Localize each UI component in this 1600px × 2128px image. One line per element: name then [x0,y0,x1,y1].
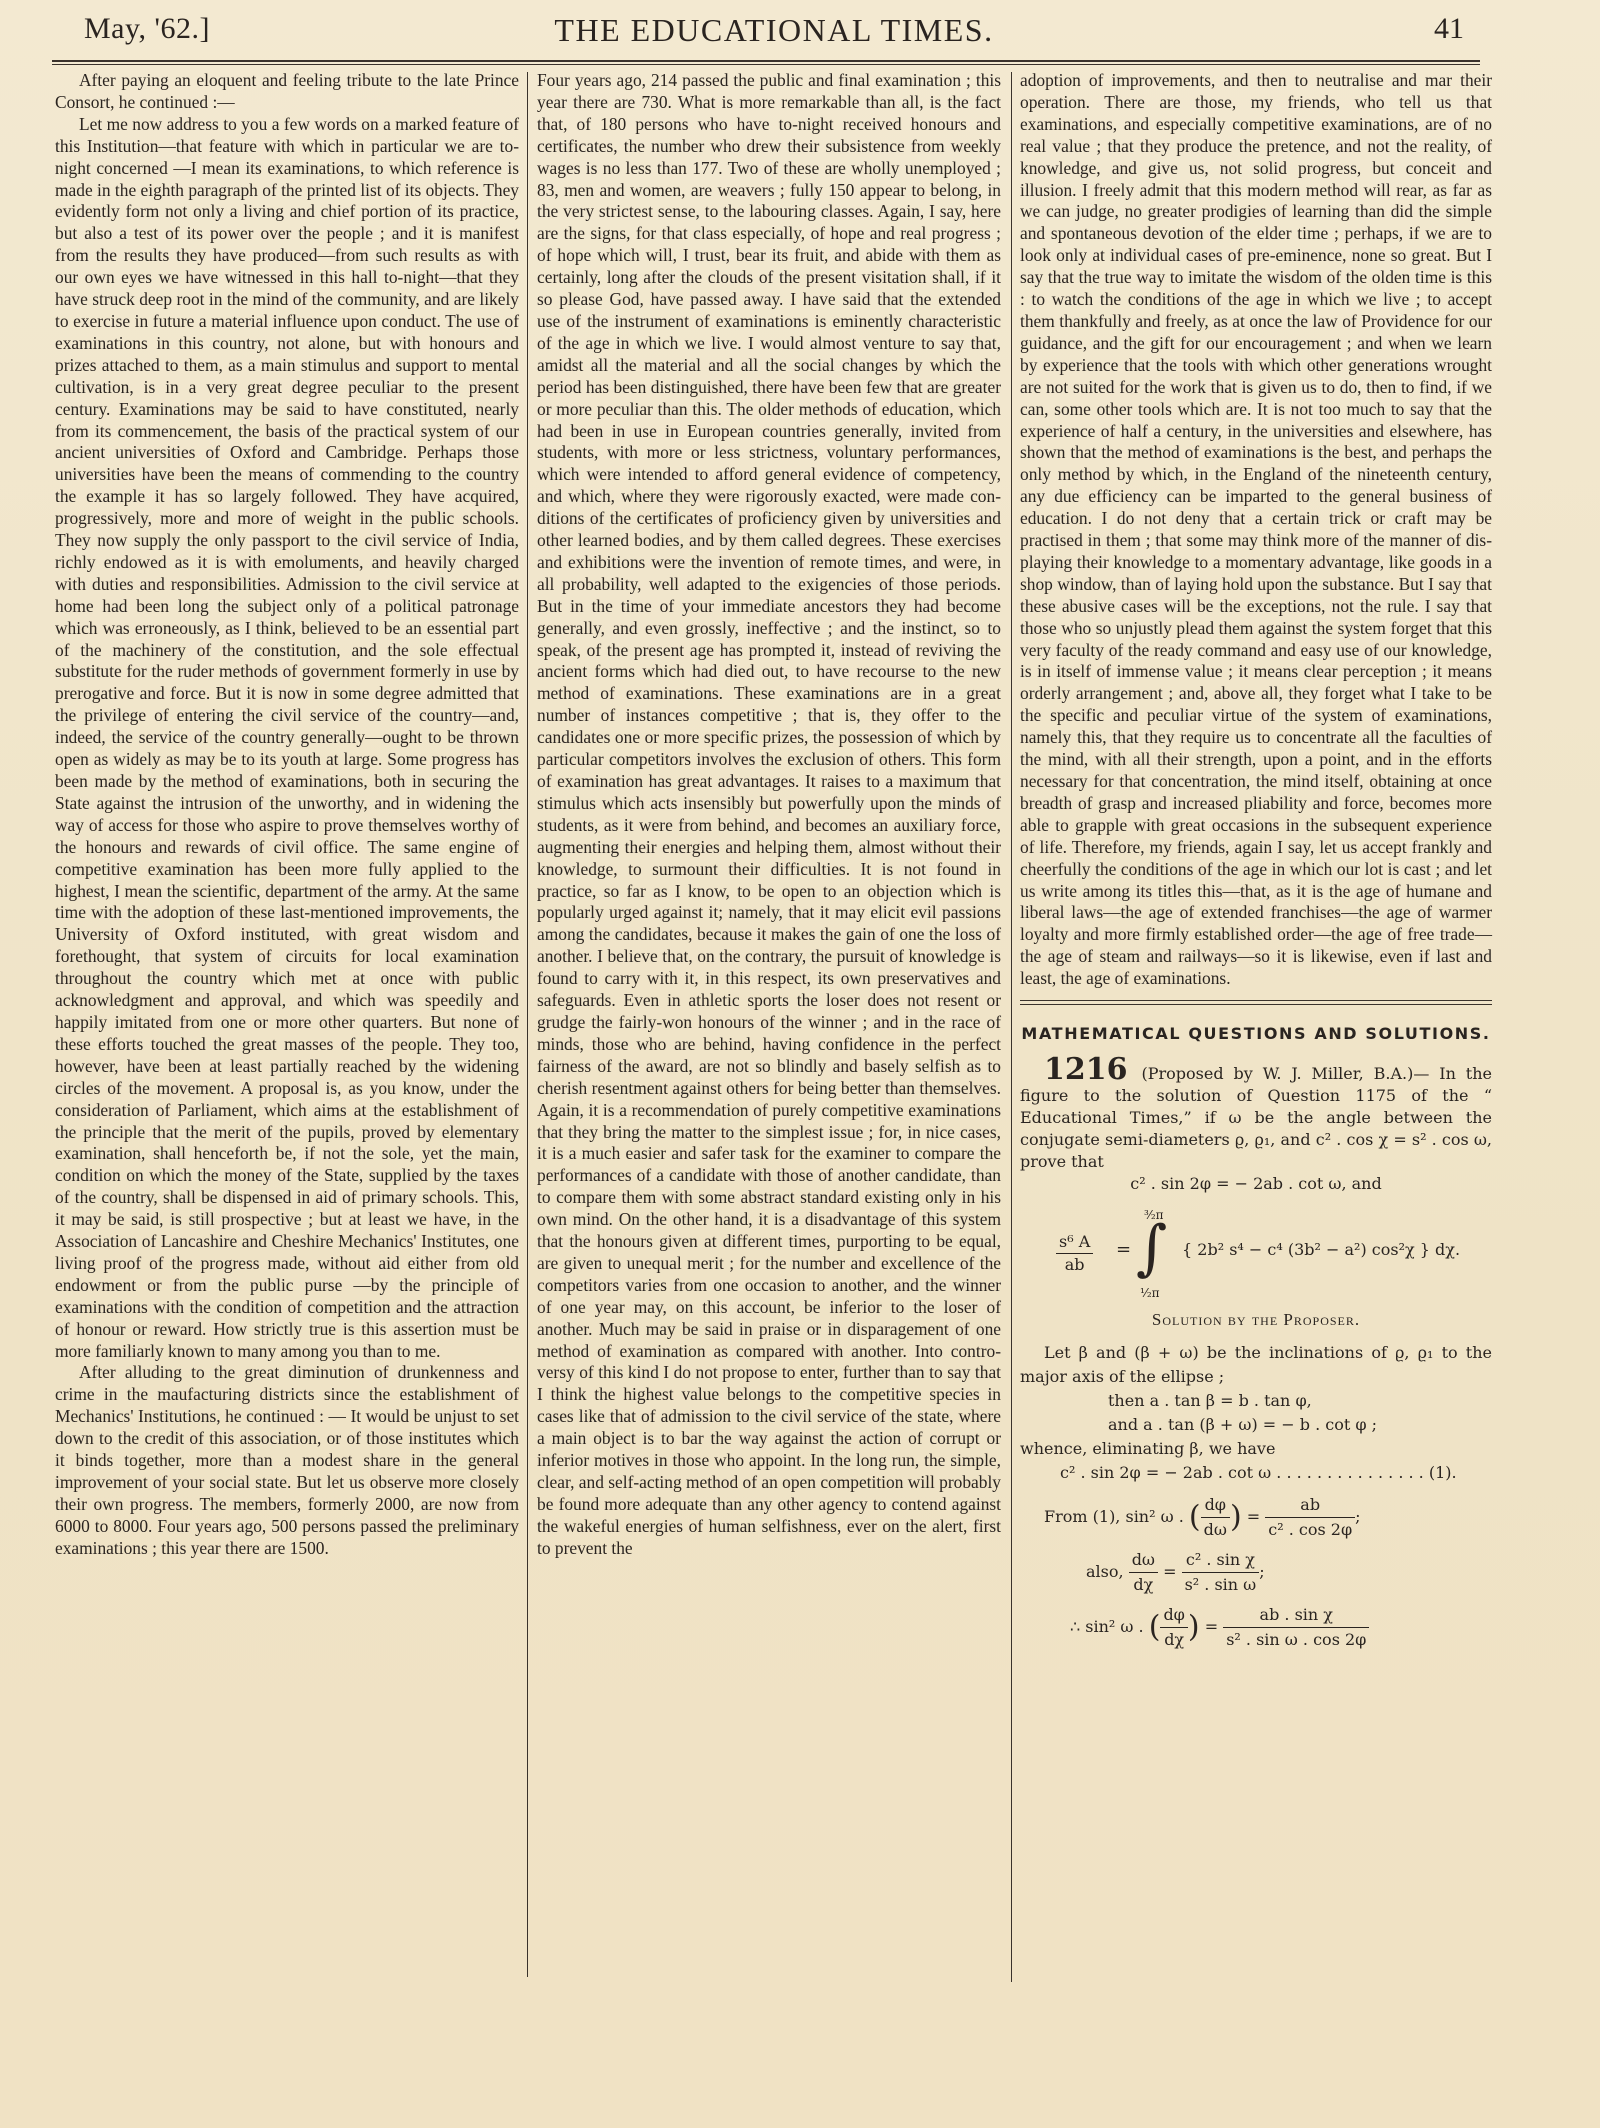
paragraph: After paying an eloquent and feeling tri… [55,70,519,114]
paragraph: After alluding to the great diminution o… [55,1362,519,1559]
newspaper-page: THE EDUCATIONAL TIMES. May, '62.] 41 Aft… [0,0,1600,2128]
section-heading: MATHEMATICAL QUESTIONS AND SOLUTIONS. [1020,1023,1492,1045]
page-number: 41 [1434,12,1464,46]
header-rule [52,60,1480,62]
question-number: 1216 [1044,1052,1128,1087]
solution-line: c² . sin 2φ = − 2ab . cot ω . . . . . . … [1020,1461,1492,1485]
paragraph: Let me now address to you a few words on… [55,114,519,1363]
fraction: s⁶ A ab [1056,1231,1093,1276]
solution-line: whence, eliminating β, we have [1020,1437,1492,1461]
solution-line: then a . tan β = b . tan φ, [1020,1389,1492,1413]
equation: c² . sin 2φ = − 2ab . cot ω, and [1020,1173,1492,1195]
integral-equation: s⁶ A ab = ³⁄₂π ∫ ¹⁄₂π { 2b² s⁴ − c⁴ (3b²… [1020,1203,1492,1299]
equation-therefore: ∴ sin² ω . (dφdχ) = ab . sin χs² . sin ω… [1020,1603,1492,1652]
equation-from-1: From (1), sin² ω . (dφdω) = abc² . cos 2… [1020,1493,1492,1542]
column-3: adoption of improvements, and then to ne… [1020,70,1492,1652]
column-divider [527,72,528,1977]
header-rule-thin [52,64,1480,65]
solution-line: and a . tan (β + ω) = − b . cot φ ; [1020,1413,1492,1437]
page-header: THE EDUCATIONAL TIMES. May, '62.] 41 [84,12,1464,56]
issue-date: May, '62.] [84,12,210,46]
masthead-title: THE EDUCATIONAL TIMES. [84,12,1464,49]
solution-line: Let β and (β + ω) be the inclinations of… [1020,1341,1492,1389]
column-divider [1011,72,1012,1982]
solution: Let β and (β + ω) be the inclinations of… [1020,1341,1492,1652]
equation-also: also, dωdχ = c² . sin χs² . sin ω; [1020,1548,1492,1597]
column-2: Four years ago, 214 passed the public an… [537,70,1001,1560]
column-1: After paying an eloquent and feeling tri… [55,70,519,1560]
integrand: { 2b² s⁴ − c⁴ (3b² − a²) cos²χ } dχ. [1182,1239,1460,1261]
integral-sign: ∫ [1136,1213,1167,1283]
solution-heading: Solution by the Proposer. [1020,1309,1492,1331]
lower-limit: ¹⁄₂π [1140,1283,1160,1305]
section-divider [1020,1004,1492,1005]
question-1216: 1216(Proposed by W. J. Miller, B.A.)— In… [1020,1059,1492,1173]
section-divider [1020,1000,1492,1001]
paragraph: Four years ago, 214 passed the public an… [537,70,1001,1560]
equals-sign: = [1116,1239,1131,1261]
paragraph: adoption of improvements, and then to ne… [1020,70,1492,990]
